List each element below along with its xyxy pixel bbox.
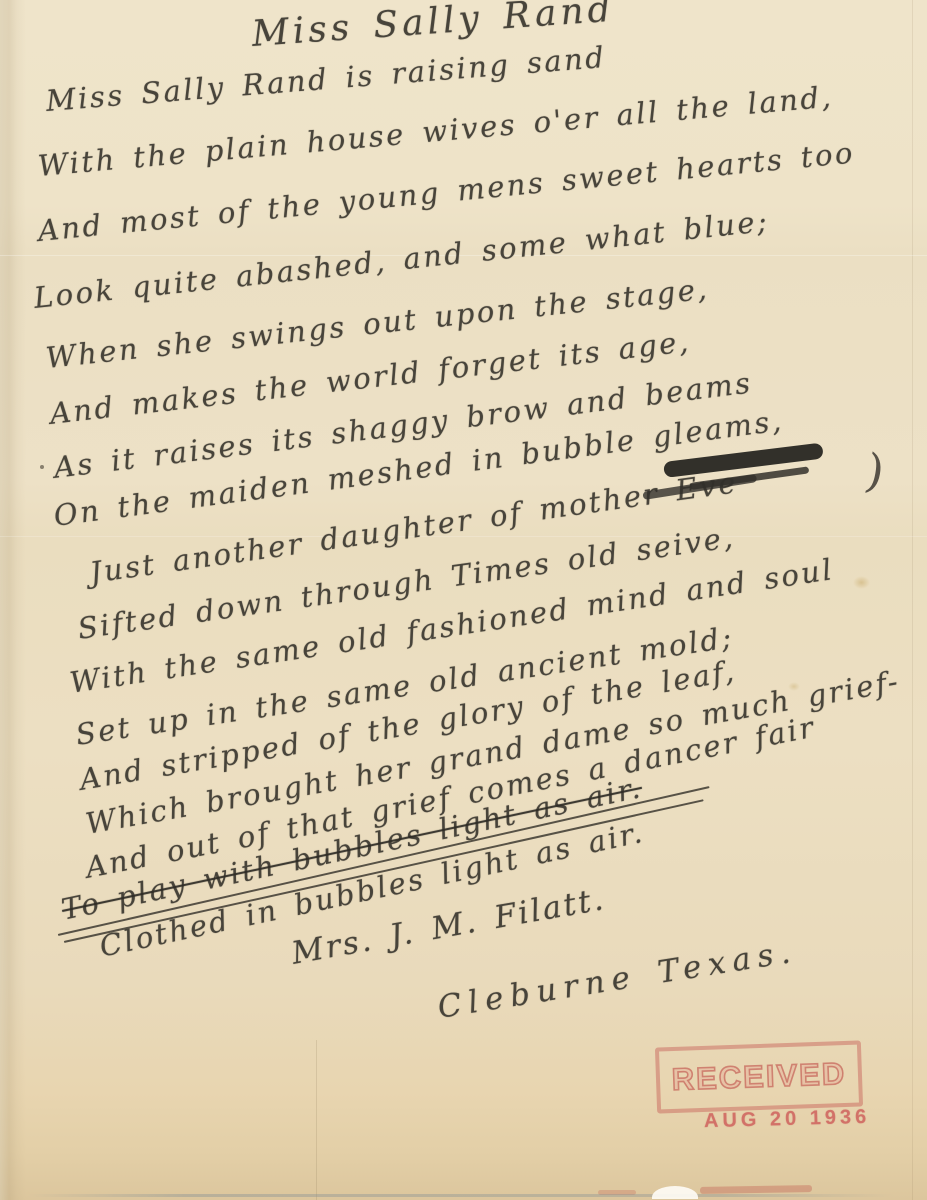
ink-speck xyxy=(40,465,44,469)
location-line: Cleburne Texas. xyxy=(435,933,799,1025)
stamp-date: AUG 20 1936 xyxy=(704,1106,871,1133)
torn-notch xyxy=(652,1186,698,1199)
paper-left-edge-shadow xyxy=(0,0,26,1200)
received-stamp-text: RECEIVED xyxy=(671,1056,847,1098)
stamp-smudge xyxy=(700,1185,812,1194)
paper-crease xyxy=(316,1040,317,1200)
paper-crease xyxy=(912,0,913,1200)
paper-stain xyxy=(853,576,870,589)
torn-bottom-edge xyxy=(28,1194,894,1197)
pen-mark-bracket: ) xyxy=(861,443,888,499)
manuscript-paper: Miss Sally Rand Miss Sally Rand is raisi… xyxy=(0,0,927,1200)
received-stamp: RECEIVED xyxy=(655,1040,863,1113)
